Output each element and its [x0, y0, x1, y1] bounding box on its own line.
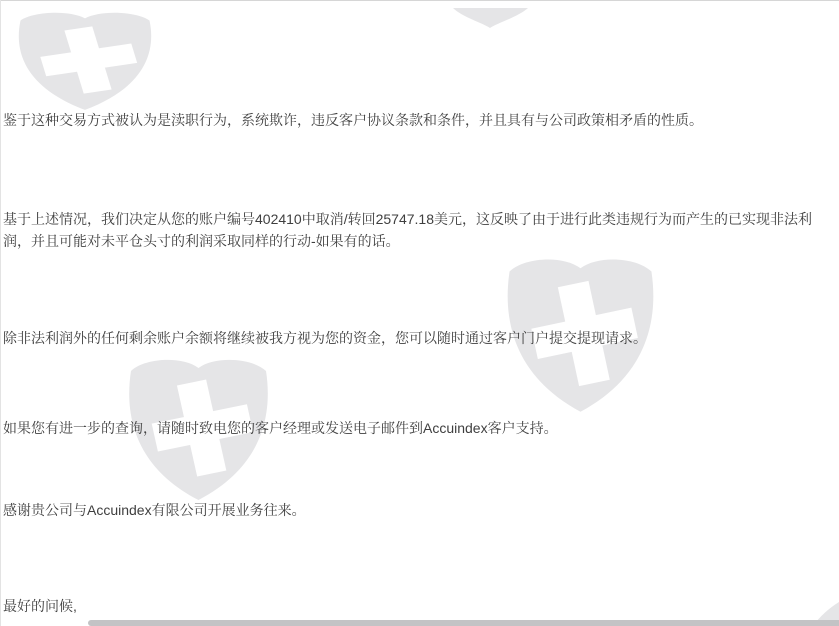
email-letter-view: { "theme": { "page-bg": "#ffffff", "text… — [0, 0, 839, 626]
paragraph-line: 最好的问候, — [3, 595, 77, 617]
window-left-border — [0, 0, 1, 626]
watermark-layer — [0, 0, 839, 626]
paragraph-line: 鉴于这种交易方式被认为是渎职行为，系统欺诈，违反客户协议条款和条件，并且具有与公… — [3, 109, 703, 131]
paragraph-line: 除非法利润外的任何剩余账户余额将继续被我方视为您的资金，您可以随时通过客户门户提… — [3, 327, 647, 349]
paragraph-closing-salutation: 最好的问候, — [3, 595, 77, 617]
paragraph-remaining-balance: 除非法利润外的任何剩余账户余额将继续被我方视为您的资金，您可以随时通过客户门户提… — [3, 327, 647, 349]
window-top-border — [0, 0, 839, 1]
paragraph-misconduct-statement: 鉴于这种交易方式被认为是渎职行为，系统欺诈，违反客户协议条款和条件，并且具有与公… — [3, 109, 703, 131]
watermark-shield-icon — [19, 13, 151, 110]
paragraph-line: 感谢贵公司与Accuindex有限公司开展业务往来。 — [3, 499, 306, 521]
paragraph-line: 如果您有进一步的查询，请随时致电您的客户经理或发送电子邮件到Accuindex客… — [3, 417, 558, 439]
watermark-shield-tip-icon — [453, 8, 528, 28]
paragraph-line: 润，并且可能对未平仓头寸的利润采取同样的行动-如果有的话。 — [3, 230, 812, 252]
paragraph-contact-support: 如果您有进一步的查询，请随时致电您的客户经理或发送电子邮件到Accuindex客… — [3, 417, 558, 439]
paragraph-line: 基于上述情况，我们决定从您的账户编号402410中取消/转回25747.18美元… — [3, 208, 812, 230]
paragraph-thanks: 感谢贵公司与Accuindex有限公司开展业务往来。 — [3, 499, 306, 521]
horizontal-scrollbar-thumb[interactable] — [88, 620, 839, 626]
paragraph-reversal-decision: 基于上述情况，我们决定从您的账户编号402410中取消/转回25747.18美元… — [3, 208, 812, 252]
